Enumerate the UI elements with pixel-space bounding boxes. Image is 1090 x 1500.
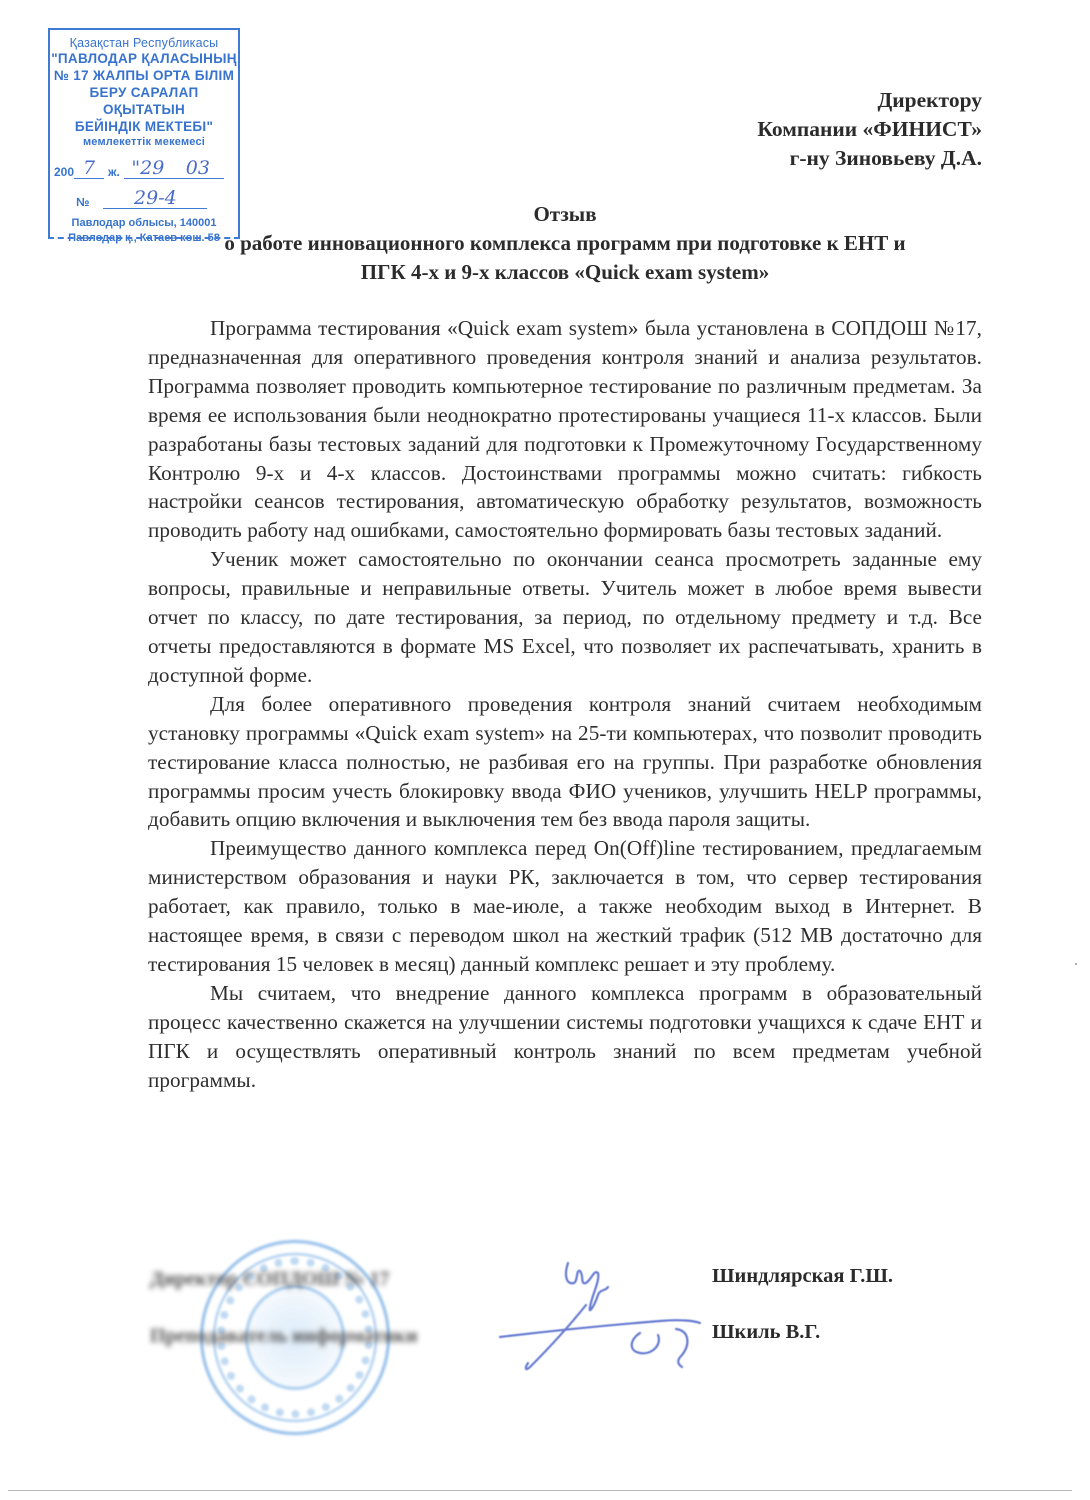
stamp-year-handwritten: 7 [74, 158, 104, 179]
stamp-country: Қазақстан Республикасы [50, 36, 238, 50]
stamp-school-line-2: № 17 ЖАЛПЫ ОРТА БІЛІМ [50, 67, 238, 84]
stamp-year-prefix: 200 [54, 165, 74, 179]
document-title: Отзыв о работе инновационного комплекса … [150, 200, 980, 287]
addressee-name: г-ну Зиновьеву Д.А. [757, 144, 982, 173]
stamp-month-handwritten: 03 [172, 158, 224, 179]
title-subtitle-line-2: ПГК 4-х и 9-х классов «Quick exam system… [150, 258, 980, 287]
stamp-year-suffix: ж. [108, 165, 120, 179]
letter-body: Программа тестирования «Quick exam syste… [148, 314, 982, 1094]
addressee-block: Директору Компании «ФИНИСТ» г-ну Зиновье… [757, 86, 982, 173]
addressee-position: Директору [757, 86, 982, 115]
stamp-day-handwritten: "29 [124, 158, 172, 179]
teacher-title-label: Преподаватель информатики [150, 1325, 417, 1348]
stamp-school-line-3: БЕРУ САРАЛАП ОҚЫТАТЫН [50, 84, 238, 118]
handwritten-signature-icon [490, 1255, 720, 1385]
addressee-company: Компании «ФИНИСТ» [757, 115, 982, 144]
stamp-school-line-4: БЕЙІНДІК МЕКТЕБІ" [50, 118, 238, 135]
body-paragraph: Преимущество данного комплекса перед On(… [148, 834, 982, 979]
body-paragraph: Ученик может самостоятельно по окончании… [148, 545, 982, 690]
title-subtitle-line-1: о работе инновационного комплекса програ… [150, 229, 980, 258]
scan-speck [1075, 963, 1077, 965]
title-heading: Отзыв [150, 200, 980, 229]
director-title-label: Директор СОПДОШ № 17 [150, 1268, 389, 1291]
page-bottom-edge [8, 1490, 1072, 1491]
stamp-institution-type: мемлекеттік мекемесі [50, 136, 238, 148]
stamp-school-line-1: "ПАВЛОДАР ҚАЛАСЫНЫҢ [50, 50, 238, 67]
body-paragraph: Мы считаем, что внедрение данного компле… [148, 979, 982, 1095]
stamp-date-row: 200 7 ж. "29 03 [54, 158, 224, 179]
stamp-number-label: № [76, 195, 89, 209]
director-name: Шиндлярская Г.Ш. [712, 1265, 893, 1288]
teacher-name: Шкиль В.Г. [712, 1321, 820, 1344]
body-paragraph: Для более оперативного проведения контро… [148, 690, 982, 835]
body-paragraph: Программа тестирования «Quick exam syste… [148, 314, 982, 545]
